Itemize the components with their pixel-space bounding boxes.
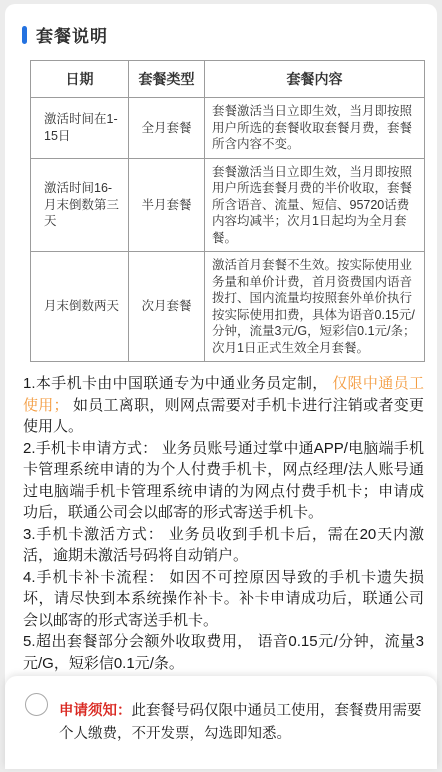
note-item-3: 3.手机卡激活方式： 业务员收到手机卡后，需在20天内激活，逾期未激活号码将自动… xyxy=(23,524,424,567)
section-title-row: 套餐说明 xyxy=(22,22,437,47)
table-header-content: 套餐内容 xyxy=(205,61,425,98)
cell-date-1: 激活时间在1-15日 xyxy=(31,98,129,159)
cell-type-3: 次月套餐 xyxy=(129,252,205,362)
package-description-page: { "header": { "title": "套餐说明" }, "table"… xyxy=(0,0,442,772)
table-header-date: 日期 xyxy=(31,61,129,98)
cell-date-2: 激活时间16-月末倒数第三天 xyxy=(31,158,129,252)
table-row: 月末倒数两天 次月套餐 激活首月套餐不生效。按实际使用业务量和单价计费，首月资费… xyxy=(31,252,425,362)
cell-content-2: 套餐激活当日立即生效，当月即按照用户所选套餐月费的半价收取，套餐所含语音、流量、… xyxy=(205,158,425,252)
cell-content-1: 套餐激活当日立即生效，当月即按照用户所选的套餐收取套餐月费，套餐所含内容不变。 xyxy=(205,98,425,159)
cell-type-1: 全月套餐 xyxy=(129,98,205,159)
note-item-4: 4.手机卡补卡流程： 如因不可控原因导致的手机卡遗失损坏，请尽快到本系统操作补卡… xyxy=(23,567,424,632)
note-item-1: 1.本手机卡由中国联通专为中通业务员定制， 仅限中通员工使用； 如员工离职，则网… xyxy=(23,373,424,438)
cell-type-2: 半月套餐 xyxy=(129,158,205,252)
cell-date-3: 月末倒数两天 xyxy=(31,252,129,362)
table-header-row: 日期 套餐类型 套餐内容 xyxy=(31,61,425,98)
title-accent-bar-icon xyxy=(22,26,27,44)
notice-text: 申请须知：此套餐号码仅限中通员工使用，套餐费用需要个人缴费，不开发票，勾选即知悉… xyxy=(59,700,424,746)
agree-checkbox[interactable] xyxy=(25,693,48,716)
table-header-type: 套餐类型 xyxy=(129,61,205,98)
package-table: 日期 套餐类型 套餐内容 激活时间在1-15日 全月套餐 套餐激活当日立即生效，… xyxy=(30,60,425,362)
package-description-card: 套餐说明 日期 套餐类型 套餐内容 激活时间在1-15日 全月套餐 套餐激活当日… xyxy=(5,4,437,769)
note-item-2: 2.手机卡申请方式： 业务员账号通过掌中通APP/电脑端手机卡管理系统申请的为个… xyxy=(23,438,424,524)
note-item-5: 5.超出套餐部分会额外收取费用， 语音0.15元/分钟，流量3元/G，短彩信0.… xyxy=(23,631,424,674)
notice-label: 申请须知： xyxy=(59,703,132,719)
cell-content-3: 激活首月套餐不生效。按实际使用业务量和单价计费，首月资费国内语音拨打、国内流量均… xyxy=(205,252,425,362)
notice-bottom-sheet: 申请须知：此套餐号码仅限中通员工使用，套餐费用需要个人缴费，不开发票，勾选即知悉… xyxy=(5,676,437,769)
page-title: 套餐说明 xyxy=(36,22,108,47)
note-1-suffix: 如员工离职，则网点需要对手机卡进行注销或者变更使用人。 xyxy=(23,397,424,436)
note-1-prefix: 1.本手机卡由中国联通专为中通业务员定制， xyxy=(23,375,332,392)
table-row: 激活时间16-月末倒数第三天 半月套餐 套餐激活当日立即生效，当月即按照用户所选… xyxy=(31,158,425,252)
table-row: 激活时间在1-15日 全月套餐 套餐激活当日立即生效，当月即按照用户所选的套餐收… xyxy=(31,98,425,159)
